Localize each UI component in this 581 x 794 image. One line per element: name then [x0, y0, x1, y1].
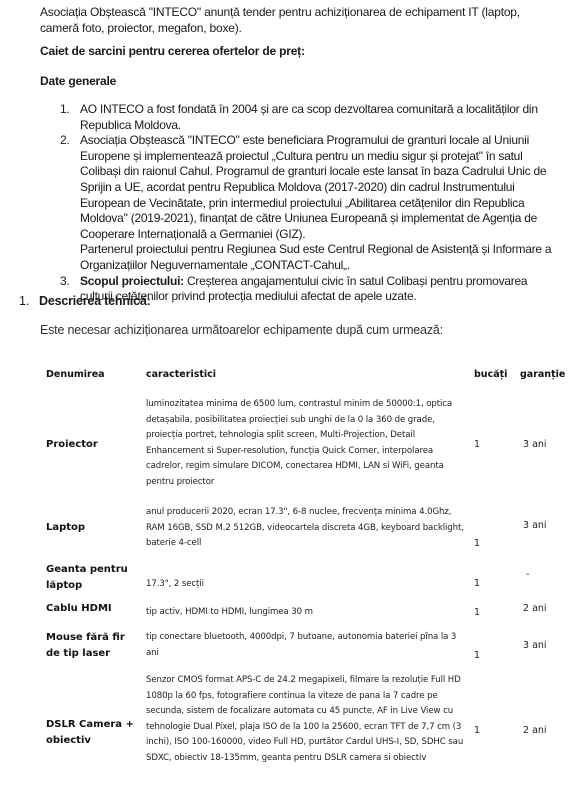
cell-specs: anul producerii 2020, ecran 17.3", 6-8 n…	[146, 505, 466, 552]
list-item: 1. AO INTECO a fost fondată în 2004 și a…	[60, 102, 560, 133]
date-generale-title: Date generale	[40, 74, 116, 88]
cell-qty: 1	[474, 650, 480, 661]
list-item-number: 1.	[60, 102, 70, 118]
cell-specs: Senzor CMOS format APS-C de 24.2 megapix…	[146, 673, 466, 766]
list-item-text: Asociația Obștească "INTECO" este benefi…	[80, 133, 560, 242]
cell-specs: tip conectare bluetooth, 4000dpi, 7 buto…	[146, 630, 466, 661]
cell-warranty: -	[526, 569, 529, 580]
cell-warranty: 2 ani	[523, 603, 547, 614]
cell-qty: 1	[474, 607, 480, 618]
list-item: 2. Asociația Obștească "INTECO" este ben…	[60, 133, 560, 273]
general-items-list: 1. AO INTECO a fost fondată în 2004 și a…	[60, 102, 560, 305]
cell-specs: tip activ, HDMI to HDMI, lungimea 30 m	[146, 605, 466, 621]
cell-name: DSLR Camera + obiectiv	[46, 717, 136, 748]
cell-qty: 1	[474, 439, 480, 450]
list-item-text: AO INTECO a fost fondată în 2004 și are …	[80, 102, 538, 132]
cell-warranty: 2 ani	[523, 725, 547, 736]
list-item-number: 2.	[60, 133, 70, 149]
cell-qty: 1	[474, 725, 480, 736]
cell-specs: luminozitatea minima de 6500 lum, contra…	[146, 397, 466, 490]
header-specs: caracteristici	[146, 369, 216, 380]
header-warranty: garanție	[520, 369, 565, 380]
cell-name: Laptop	[46, 520, 136, 536]
cell-specs: 17.3", 2 secții	[146, 577, 466, 593]
section-title: Descrierea tehnică:	[39, 294, 151, 308]
header-qty: bucăți	[474, 369, 507, 380]
cell-qty: 1	[474, 538, 480, 549]
list-item-number: 3.	[60, 274, 70, 290]
intro-paragraph: Asociația Obștească "INTECO" anunță tend…	[40, 4, 560, 36]
list-item-extra-text: Partenerul proiectului pentru Regiunea S…	[80, 242, 560, 273]
cell-warranty: 3 ani	[523, 640, 547, 651]
cell-warranty: 3 ani	[523, 439, 547, 450]
cell-name: Cablu HDMI	[46, 601, 136, 617]
header-name: Denumirea	[46, 369, 105, 380]
caiet-title: Caiet de sarcini pentru cererea ofertelo…	[40, 44, 305, 58]
cell-name: Proiector	[46, 437, 136, 453]
cell-qty: 1	[474, 578, 480, 589]
cell-name: Mouse fără fir de tip laser	[46, 630, 138, 661]
section-number: 1.	[19, 294, 29, 308]
section-intro: Este necesar achiziționarea următoarelor…	[40, 323, 443, 337]
cell-name: Geanta pentru lăptop	[46, 562, 136, 593]
cell-warranty: 3 ani	[523, 520, 547, 531]
list-item-bold-prefix: Scopul proiectului:	[80, 274, 184, 288]
